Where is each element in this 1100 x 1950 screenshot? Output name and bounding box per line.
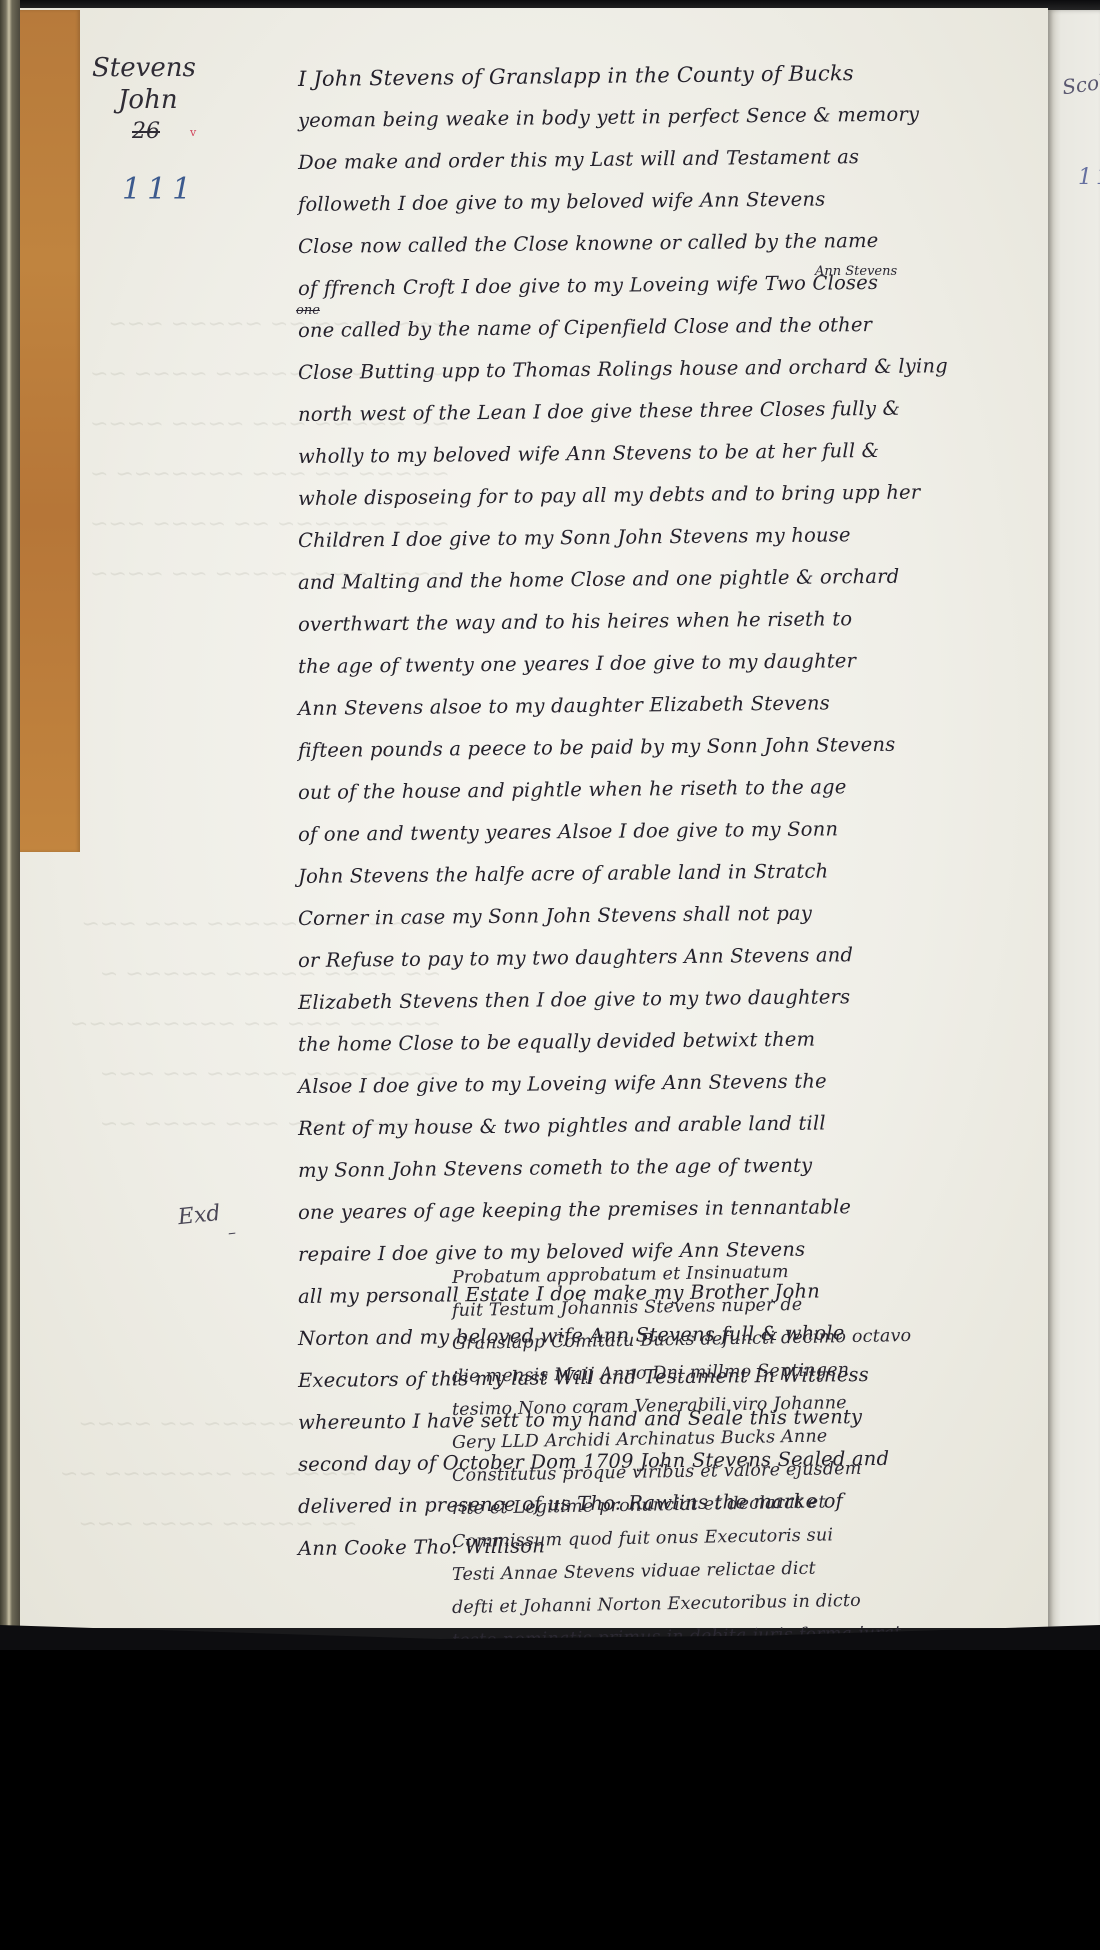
margin-name-entry: Stevens John 26 bbox=[92, 52, 196, 148]
will-line: yeoman being weake in body yett in perfe… bbox=[298, 92, 1018, 142]
folio-mark: 111 bbox=[122, 172, 197, 207]
will-line: fifteen pounds a peece to be paid by my … bbox=[298, 722, 1018, 772]
red-tick-mark: v bbox=[190, 126, 196, 139]
will-line: Rent of my house & two pightles and arab… bbox=[298, 1100, 1018, 1150]
margin-forename: John bbox=[92, 84, 196, 116]
will-line: one yeares of age keeping the premises i… bbox=[298, 1184, 1018, 1234]
adjacent-page-number: 11 bbox=[1078, 165, 1100, 190]
will-line: John Stevens the halfe acre of arable la… bbox=[298, 848, 1018, 898]
will-line: Children I doe give to my Sonn John Stev… bbox=[298, 512, 1018, 562]
will-line: or Refuse to pay to my two daughters Ann… bbox=[298, 932, 1018, 982]
will-line: whole disposeing for to pay all my debts… bbox=[298, 470, 1018, 520]
will-line: out of the house and pightle when he ris… bbox=[298, 764, 1018, 814]
interlinear-insertion: Ann Stevens bbox=[815, 264, 897, 279]
will-line: overthwart the way and to his heires whe… bbox=[298, 596, 1018, 646]
will-line: Corner in case my Sonn John Stevens shal… bbox=[298, 890, 1018, 940]
will-line: the home Close to be equally devided bet… bbox=[298, 1016, 1018, 1066]
examined-mark: Exd – bbox=[177, 1203, 222, 1229]
will-line: north west of the Lean I doe give these … bbox=[298, 386, 1018, 436]
will-line: Doe make and order this my Last will and… bbox=[298, 134, 1018, 184]
will-line: Ann Stevens alsoe to my daughter Elizabe… bbox=[298, 680, 1018, 730]
will-line: Elizabeth Stevens then I doe give to my … bbox=[298, 974, 1018, 1024]
probate-clause: Probatum approbatum et Insinuatum fuit T… bbox=[452, 1262, 1022, 1650]
will-line: of one and twenty yeares Alsoe I doe giv… bbox=[298, 806, 1018, 856]
caret-insertion: one bbox=[296, 303, 320, 318]
examined-mark-text: Exd bbox=[177, 1201, 222, 1230]
will-line: wholly to my beloved wife Ann Stevens to… bbox=[298, 428, 1018, 478]
adjacent-page bbox=[1048, 10, 1100, 1630]
will-line: of ffrench Croft I doe give to my Lovein… bbox=[298, 260, 1018, 310]
will-line: Close now called the Close knowne or cal… bbox=[298, 218, 1018, 268]
will-line: followeth I doe give to my beloved wife … bbox=[298, 176, 1018, 226]
book-spine-edge bbox=[0, 0, 20, 1650]
binding-strip bbox=[18, 10, 80, 852]
will-line: Close Butting upp to Thomas Rolings hous… bbox=[298, 344, 1018, 394]
will-line: I John Stevens of Granslapp in the Count… bbox=[298, 50, 1018, 100]
will-line: my Sonn John Stevens cometh to the age o… bbox=[298, 1142, 1018, 1192]
will-line: one called by the name of Cipenfield Clo… bbox=[298, 302, 1018, 352]
margin-entry-number: 26 bbox=[92, 116, 196, 148]
will-line: and Malting and the home Close and one p… bbox=[298, 554, 1018, 604]
manuscript-photo: ~~~ ~~~~ ~~ ~~~~~ ~~~ ~~~~ ~~ ~~~~~~ ~~~… bbox=[0, 0, 1100, 1650]
margin-surname: Stevens bbox=[92, 53, 196, 83]
will-line: Alsoe I doe give to my Loveing wife Ann … bbox=[298, 1058, 1018, 1108]
will-line: the age of twenty one yeares I doe give … bbox=[298, 638, 1018, 688]
